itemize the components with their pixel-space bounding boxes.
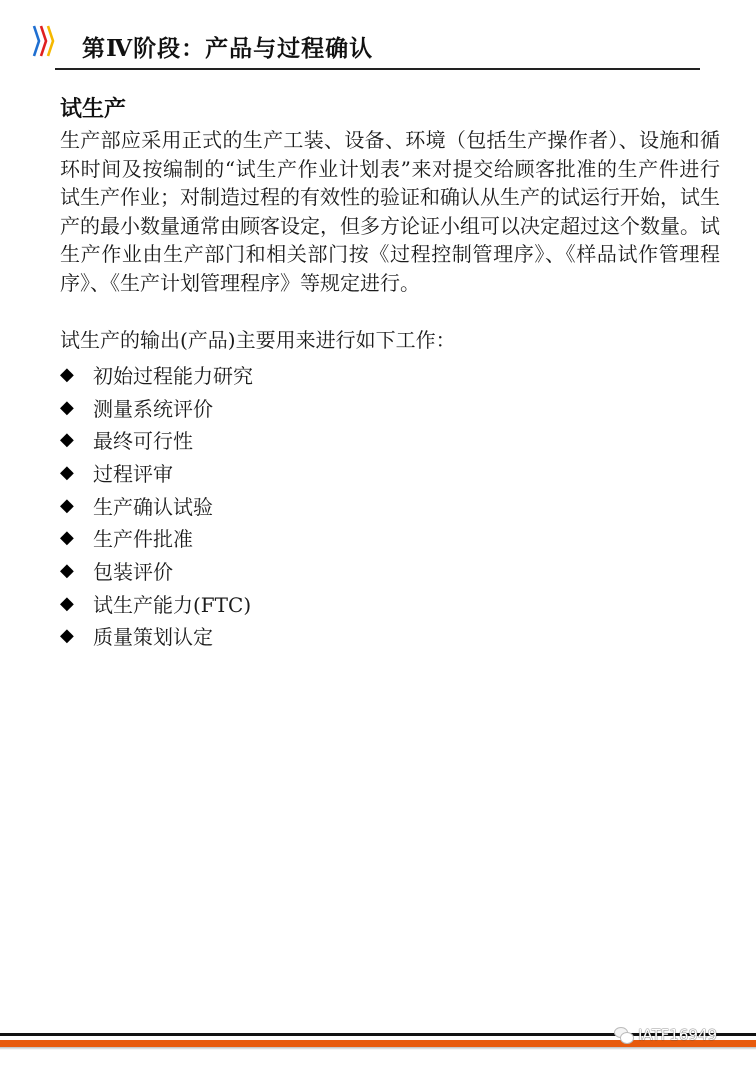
diamond-bullet-icon: ◆ [60,593,93,614]
list-item: ◆试生产能力(FTC) [60,587,253,620]
diamond-bullet-icon: ◆ [60,495,93,516]
diamond-bullet-icon: ◆ [60,560,93,581]
wechat-icon [614,1027,634,1043]
list-item: ◆测量系统评价 [60,391,253,424]
list-item: ◆包装评价 [60,554,253,587]
page-title: 第Ⅳ阶段：产品与过程确认 [82,30,373,63]
body-paragraph: 生产部应采用正式的生产工装、设备、环境（包括生产操作者）、设施和循环时间及按编制… [60,126,720,297]
diamond-bullet-icon: ◆ [60,397,93,418]
watermark-text: IATF16949 [638,1026,717,1044]
list-item: ◆生产件批准 [60,521,253,554]
footer-shadow [0,1047,756,1050]
list-item: ◆初始过程能力研究 [60,358,253,391]
output-list: ◆初始过程能力研究 ◆测量系统评价 ◆最终可行性 ◆过程评审 ◆生产确认试验 ◆… [60,358,253,652]
diamond-bullet-icon: ◆ [60,527,93,548]
diamond-bullet-icon: ◆ [60,625,93,646]
watermark: IATF16949 [614,1026,717,1044]
title-divider [55,68,700,70]
diamond-bullet-icon: ◆ [60,364,93,385]
diamond-bullet-icon: ◆ [60,429,93,450]
list-item: ◆最终可行性 [60,423,253,456]
diamond-bullet-icon: ◆ [60,462,93,483]
section-heading: 试生产 [60,92,126,123]
list-item: ◆生产确认试验 [60,489,253,522]
list-item: ◆质量策划认定 [60,620,253,653]
chevron-logo-icon [32,24,56,58]
list-item: ◆过程评审 [60,456,253,489]
intro-text: 试生产的输出(产品)主要用来进行如下工作： [60,326,456,354]
